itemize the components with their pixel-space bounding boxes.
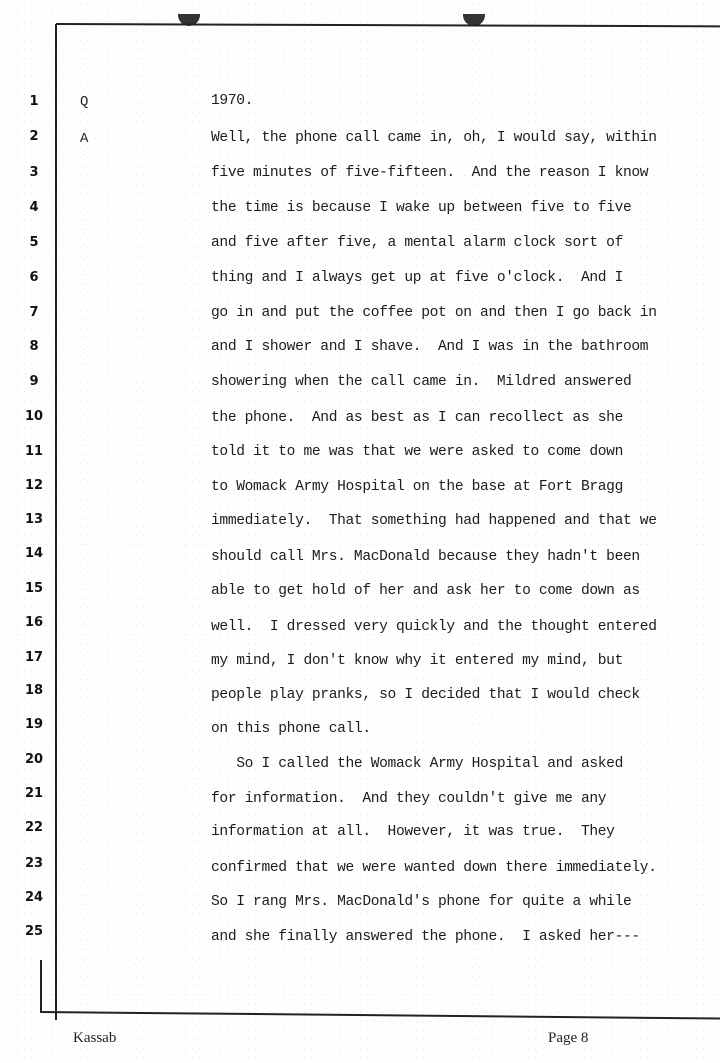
line-number: 9: [22, 374, 46, 389]
transcript-line-text: well. I dressed very quickly and the tho…: [211, 619, 657, 635]
transcript-line-text: Well, the phone call came in, oh, I woul…: [211, 130, 657, 146]
transcript-line-text: on this phone call.: [211, 721, 371, 737]
transcript-line-text: able to get hold of her and ask her to c…: [211, 583, 640, 599]
transcript-line-text: thing and I always get up at five o'cloc…: [211, 270, 623, 286]
line-number: 13: [22, 512, 46, 527]
line-number: 15: [22, 581, 46, 596]
left-margin-rule: [55, 24, 57, 1020]
transcript-line-text: should call Mrs. MacDonald because they …: [211, 549, 640, 565]
line-number: 1: [22, 94, 46, 109]
transcript-line-text: and she finally answered the phone. I as…: [211, 929, 640, 945]
transcript-line-text: people play pranks, so I decided that I …: [211, 687, 640, 703]
line-number: 12: [22, 478, 46, 493]
line-number: 4: [22, 200, 46, 215]
transcript-line-text: go in and put the coffee pot on and then…: [211, 305, 657, 321]
line-number: 19: [22, 717, 46, 732]
speaker-label: A: [80, 131, 88, 147]
transcript-line-text: So I rang Mrs. MacDonald's phone for qui…: [211, 894, 631, 910]
line-number: 20: [22, 752, 46, 767]
transcript-line-text: information at all. However, it was true…: [211, 824, 615, 840]
transcript-line-text: told it to me was that we were asked to …: [211, 444, 623, 460]
line-number: 25: [22, 924, 46, 939]
line-number: 7: [22, 305, 46, 320]
top-border-rule: [56, 23, 720, 27]
speaker-label: Q: [80, 94, 88, 110]
transcript-line-text: showering when the call came in. Mildred…: [211, 374, 631, 390]
line-number: 2: [22, 129, 46, 144]
line-number: 14: [22, 546, 46, 561]
left-margin-rule-lower: [40, 960, 42, 1013]
line-number: 8: [22, 339, 46, 354]
transcript-line-text: the phone. And as best as I can recollec…: [211, 410, 623, 426]
line-number: 17: [22, 650, 46, 665]
bottom-border-rule: [41, 1011, 720, 1020]
transcript-line-text: 1970.: [211, 93, 253, 109]
line-number: 10: [22, 409, 46, 424]
transcript-line-text: So I called the Womack Army Hospital and…: [211, 756, 623, 772]
line-number: 18: [22, 683, 46, 698]
footer-witness-name: Kassab: [73, 1030, 116, 1047]
transcript-line-text: and I shower and I shave. And I was in t…: [211, 339, 648, 355]
transcript-line-text: my mind, I don't know why it entered my …: [211, 653, 623, 669]
line-number: 3: [22, 165, 46, 180]
line-number: 23: [22, 856, 46, 871]
line-number: 22: [22, 820, 46, 835]
footer-page-number: Page 8: [548, 1030, 588, 1047]
line-number: 16: [22, 615, 46, 630]
transcript-line-text: five minutes of five-fifteen. And the re…: [211, 165, 648, 181]
line-number: 5: [22, 235, 46, 250]
transcript-line-text: the time is because I wake up between fi…: [211, 200, 631, 216]
transcript-line-text: immediately. That something had happened…: [211, 513, 657, 529]
transcript-line-text: confirmed that we were wanted down there…: [211, 860, 657, 876]
line-number: 24: [22, 890, 46, 905]
transcript-line-text: for information. And they couldn't give …: [211, 791, 606, 807]
transcript-line-text: to Womack Army Hospital on the base at F…: [211, 479, 623, 495]
transcript-line-text: and five after five, a mental alarm cloc…: [211, 235, 623, 251]
line-number: 21: [22, 786, 46, 801]
line-number: 11: [22, 444, 46, 459]
line-number: 6: [22, 270, 46, 285]
transcript-page: 1Q1970.2AWell, the phone call came in, o…: [0, 0, 720, 1063]
